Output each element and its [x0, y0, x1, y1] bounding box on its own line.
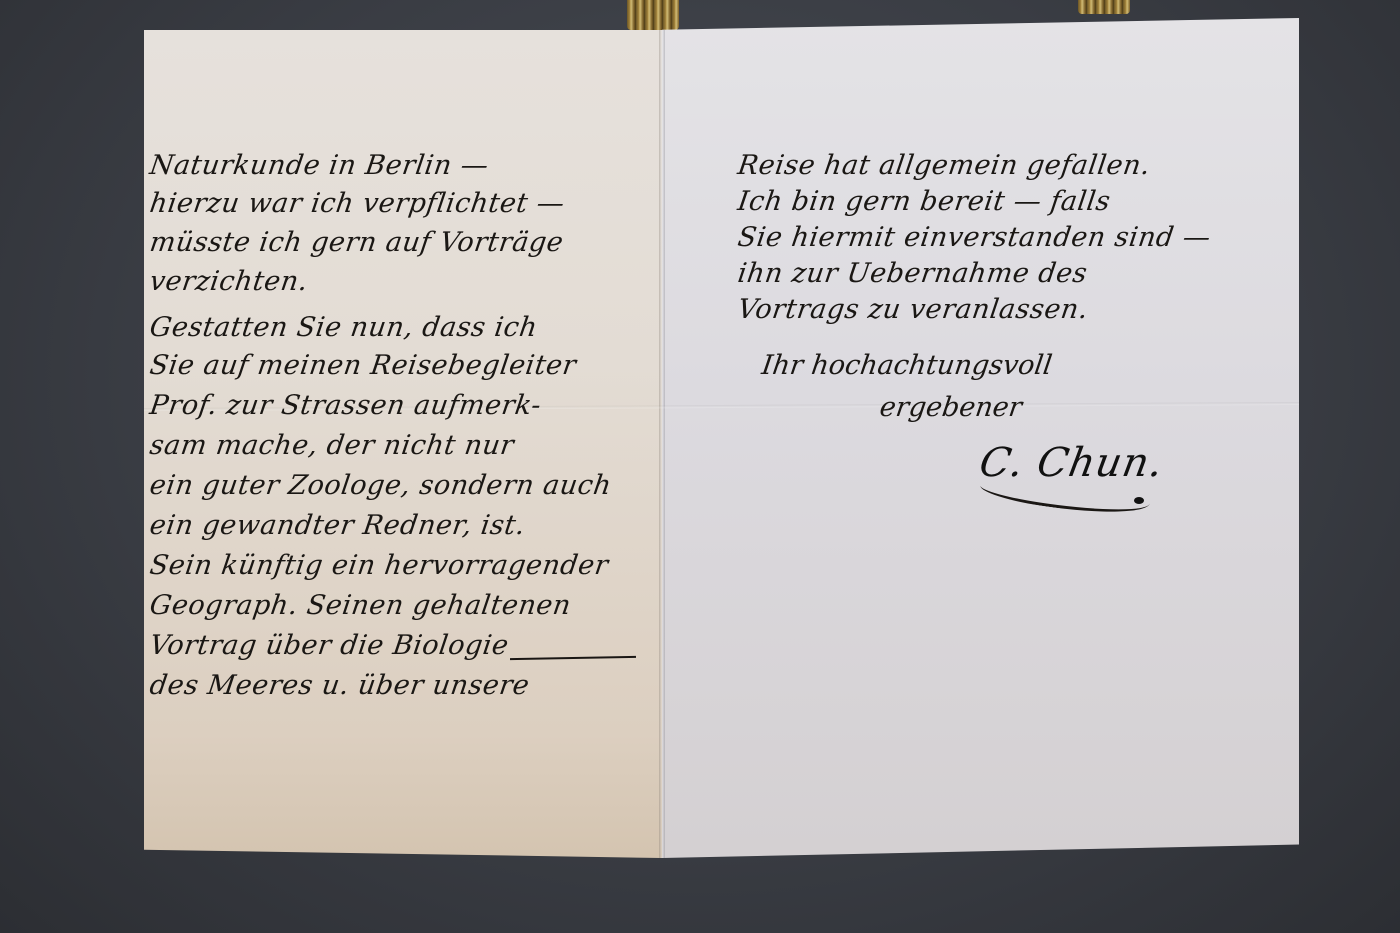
center-fold: [659, 30, 665, 858]
brass-clip-right: [1078, 0, 1130, 14]
handwritten-line: Geograph. Seinen gehaltenen: [148, 590, 573, 621]
handwritten-line: des Meeres u. über unsere: [148, 670, 532, 701]
handwritten-line: hierzu war ich verpflichtet —: [148, 188, 567, 219]
handwritten-line: Sein künftig ein hervorragender: [148, 550, 611, 581]
handwritten-line: Gestatten Sie nun, dass ich: [148, 312, 540, 343]
brass-clip-left: [627, 0, 679, 30]
handwritten-line: Sie auf meinen Reisebegleiter: [148, 350, 578, 381]
handwritten-line: Reise hat allgemein gefallen.: [736, 150, 1153, 181]
handwritten-line: Prof. zur Strassen aufmerk-: [148, 390, 543, 421]
handwritten-line: Ich bin gern bereit — falls: [736, 186, 1113, 217]
handwritten-line: ihn zur Uebernahme des: [736, 258, 1090, 289]
handwritten-line: müsste ich gern auf Vorträge: [148, 227, 566, 258]
closing-salutation: Ihr hochachtungsvoll: [760, 350, 1054, 381]
closing-ergebener: ergebener: [878, 392, 1024, 423]
handwritten-line: Naturkunde in Berlin —: [148, 150, 491, 181]
handwritten-line: ein guter Zoologe, sondern auch: [148, 470, 614, 501]
handwritten-line: sam mache, der nicht nur: [148, 430, 516, 461]
handwritten-line: Vortrag über die Biologie: [148, 630, 511, 661]
handwritten-line: Sie hiermit einverstanden sind —: [736, 222, 1213, 253]
ink-blot: [1134, 497, 1144, 504]
right-page: [662, 18, 1299, 858]
handwritten-line: verzichten.: [148, 266, 310, 297]
handwritten-line: ein gewandter Redner, ist.: [148, 510, 527, 541]
handwritten-line: Vortrags zu veranlassen.: [736, 294, 1090, 325]
